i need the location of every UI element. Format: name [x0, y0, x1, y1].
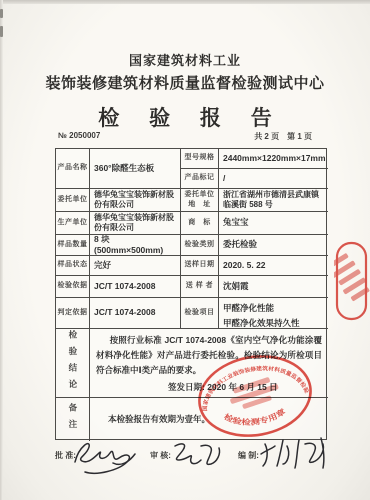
- sample-sender-label: 送 样 者: [181, 276, 219, 298]
- sample-state-value: 完好: [90, 256, 181, 276]
- client-label: 委托单位: [56, 189, 90, 212]
- photo-edge-mark: [0, 26, 3, 37]
- preparer-signature: [257, 434, 329, 474]
- sample-state-label: 样品状态: [56, 256, 90, 276]
- inspection-basis-value: JC/T 1074-2008: [90, 276, 181, 298]
- photo-edge-mark: [0, 9, 3, 18]
- inspection-item-2: 甲醛净化效果持久性: [223, 316, 324, 329]
- conclusion-label: 检验结论: [56, 329, 90, 398]
- org-name-line2: 装饰装修建筑材料质量监督检验测试中心: [0, 72, 370, 93]
- seal-center-text-marks: [227, 375, 282, 412]
- prepare-label: 编 制:: [238, 450, 259, 461]
- report-meta-row: № 2050007 共 2 页 第 1 页: [58, 131, 312, 142]
- model-spec-label: 型号规格: [181, 149, 219, 169]
- report-header: 国家建筑材料工业 装饰装修建筑材料质量监督检验测试中心 检 验 报 告: [0, 50, 370, 132]
- photo-top-edge: [0, 0, 370, 4]
- sample-sender-value: 沈娟霞: [219, 276, 328, 298]
- inspection-items-label: 检验项目: [181, 298, 219, 329]
- report-title: 检 验 报 告: [0, 102, 370, 132]
- inspection-type-value: 委托检验: [219, 235, 328, 256]
- page-indicator: 共 2 页 第 1 页: [254, 131, 312, 142]
- sample-qty-value: 8 块(500mm×500mm): [90, 235, 181, 256]
- producer-label: 生产单位: [56, 212, 90, 235]
- inspection-basis-label: 检验依据: [56, 276, 90, 298]
- model-spec-value: 2440mm×1220mm×17mm: [219, 149, 328, 169]
- sample-qty-label: 样品数量: [56, 235, 90, 256]
- judgement-basis-label: 判定依据: [56, 298, 90, 329]
- report-number: № 2050007: [58, 131, 100, 142]
- inspection-items-value: 甲醛净化性能 甲醛净化效果持久性: [219, 298, 328, 329]
- seal-bottom-text: 检验检测专用章: [221, 401, 289, 432]
- sample-date-value: 2020. 5. 22: [219, 256, 328, 276]
- product-mark-value: /: [219, 169, 328, 189]
- report-photo: 国家建筑材料工业 装饰装修建筑材料质量监督检验测试中心 检 验 报 告 № 20…: [0, 0, 370, 500]
- brand-value: 兔宝宝: [219, 212, 328, 235]
- judgement-basis-value: JC/T 1074-2008: [90, 298, 181, 329]
- product-name-value: 360°除醛生态板: [90, 149, 181, 189]
- edge-seal-text-marks: [334, 252, 370, 304]
- inspection-item-1: 甲醛净化性能: [223, 301, 324, 316]
- client-address-value: 浙江省湖州市德清县武康镇临溪街 588 号: [219, 189, 328, 212]
- product-mark-label: 产品标记: [181, 169, 219, 189]
- svg-text:检验检测专用章: 检验检测专用章: [221, 401, 289, 432]
- remark-label: 备注: [56, 398, 90, 441]
- brand-label: 商 标: [181, 212, 219, 235]
- approver-signature: [69, 436, 149, 478]
- sample-date-label: 送样日期: [181, 256, 219, 276]
- org-name-line1: 国家建筑材料工业: [0, 50, 370, 69]
- client-value: 德华兔宝宝装饰新材股份有限公司: [90, 189, 181, 212]
- client-address-label: 委托单位 地 址: [181, 189, 219, 212]
- edge-seal: [334, 240, 370, 322]
- producer-value: 德华兔宝宝装饰新材股份有限公司: [90, 212, 181, 235]
- product-name-label: 产品名称: [56, 149, 90, 189]
- inspection-type-label: 检验类别: [181, 235, 219, 256]
